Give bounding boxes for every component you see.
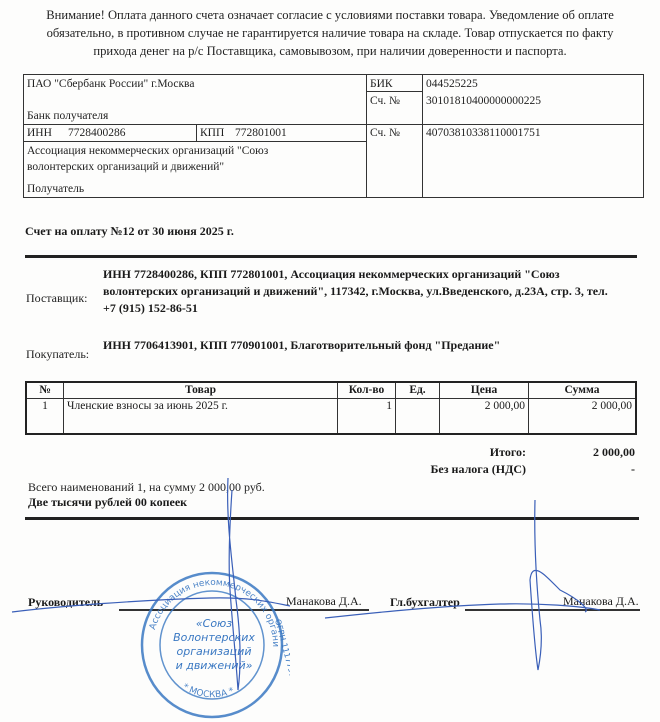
handwritten-signatures [0,0,660,722]
director-signature-stroke [228,478,241,690]
accountant-signature-tail [325,604,600,618]
accountant-signature-stroke [530,500,586,670]
director-signature-tail [12,598,290,612]
